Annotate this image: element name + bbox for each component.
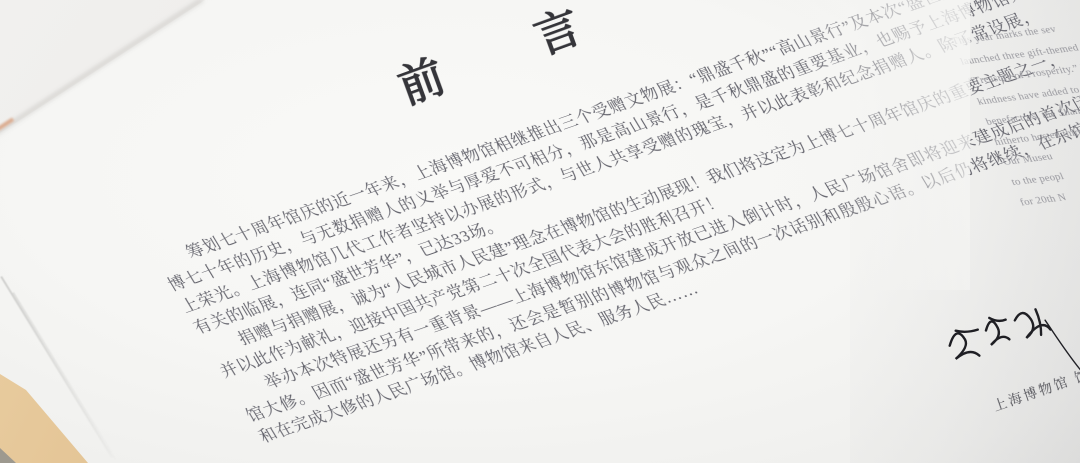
book-photo: 前 言 筹划七十周年馆庆的近一年来，上海博物馆相继推出三个受赠文物展：“鼎盛千秋… [0, 0, 1080, 463]
